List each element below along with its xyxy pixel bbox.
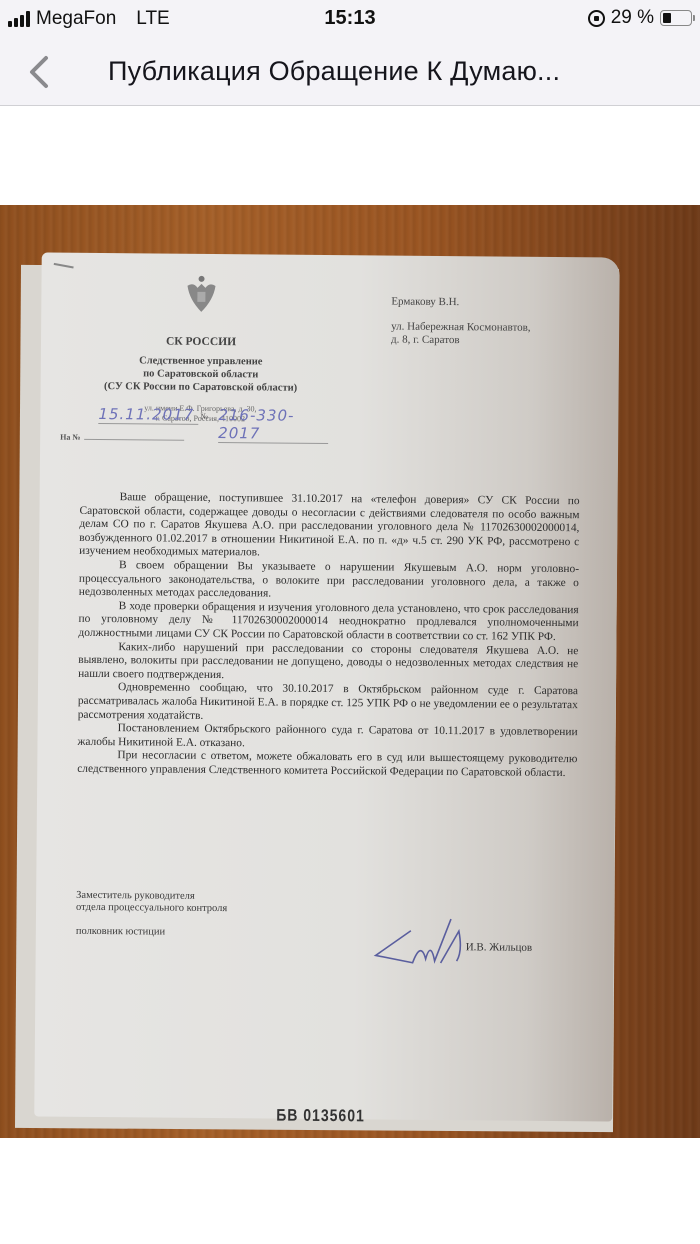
serial-number: БВ 0135601 — [276, 1105, 365, 1125]
signer-block: Заместитель руководителя отдела процессу… — [76, 890, 228, 939]
letter-body: Ваше обращение, поступившее 31.10.2017 н… — [77, 491, 579, 781]
rotation-lock-icon — [588, 10, 605, 27]
org-title: СК РОССИИ — [61, 335, 341, 350]
org-line: (СУ СК России по Саратовской области) — [61, 380, 341, 395]
paragraph: Каких-либо нарушений при расследовании с… — [78, 640, 578, 685]
back-button[interactable] — [22, 52, 58, 92]
paragraph: При несогласии с ответом, можете обжалов… — [77, 749, 577, 781]
paragraph: Одновременно сообщаю, что 30.10.2017 в О… — [78, 681, 578, 726]
status-indicators: 29 % — [588, 7, 692, 29]
signature-icon — [371, 910, 482, 971]
navigation-bar: Публикация Обращение К Думаю... — [0, 40, 700, 106]
reference-label: На № — [60, 433, 80, 442]
letter-page: СК РОССИИ Следственное управление по Сар… — [34, 252, 620, 1121]
reference-line: На № — [60, 433, 184, 443]
document-photo[interactable]: СК РОССИИ Следственное управление по Сар… — [0, 205, 700, 1138]
number-label: № — [200, 412, 208, 421]
signer-position: отдела процессуального контроля — [76, 902, 227, 915]
page-title: Публикация Обращение К Думаю... — [108, 56, 560, 87]
battery-percent: 29 % — [611, 7, 654, 29]
paragraph: Постановлением Октябрьского районного су… — [77, 722, 577, 754]
handwritten-number: 216-330-2017 — [218, 406, 328, 444]
paragraph: В ходе проверки обращения и изучения уго… — [78, 600, 578, 645]
chevron-left-icon — [22, 52, 58, 92]
recipient-block: Ермакову В.Н. ул. Набережная Космонавтов… — [391, 296, 591, 349]
paragraph: В своем обращении Вы указываете о наруше… — [79, 559, 579, 604]
pencil-mark — [54, 263, 74, 269]
coat-of-arms-icon — [183, 274, 219, 316]
signer-name: И.В. Жильцов — [466, 941, 532, 954]
signer-rank: полковник юстиции — [76, 926, 227, 939]
handwritten-date: 15.11.2017 — [98, 405, 198, 425]
recipient-name: Ермакову В.Н. — [391, 296, 591, 311]
paragraph: Ваше обращение, поступившее 31.10.2017 н… — [79, 491, 580, 563]
status-bar: MegaFon LTE 15:13 29 % — [0, 0, 700, 40]
battery-icon — [660, 10, 692, 26]
recipient-address: д. 8, г. Саратов — [391, 334, 591, 349]
